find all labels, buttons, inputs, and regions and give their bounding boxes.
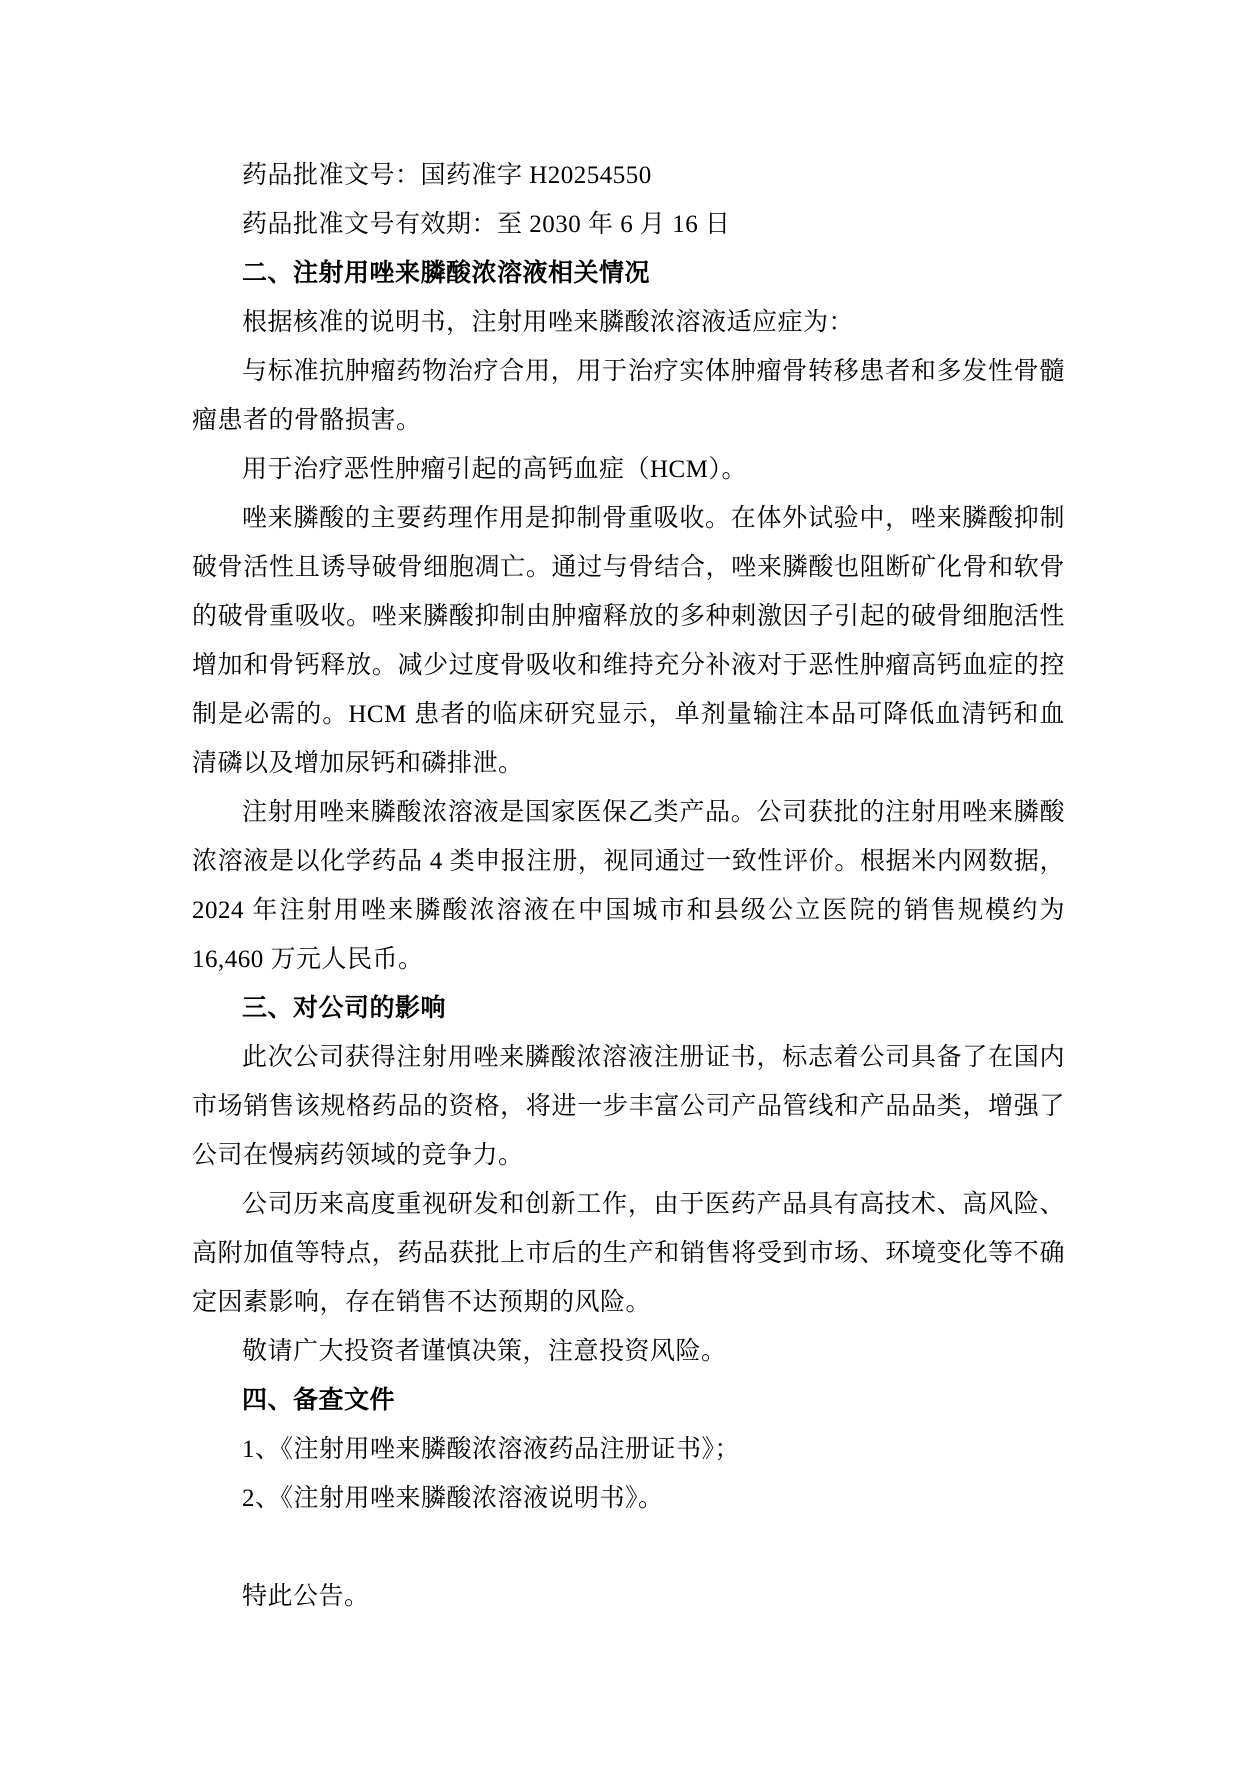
- paragraph: 根据核准的说明书，注射用唑来膦酸浓溶液适应症为：: [192, 298, 1065, 347]
- paragraph: 唑来膦酸的主要药理作用是抑制骨重吸收。在体外试验中，唑来膦酸抑制破骨活性且诱导破…: [192, 494, 1065, 788]
- paragraph: 注射用唑来膦酸浓溶液是国家医保乙类产品。公司获批的注射用唑来膦酸浓溶液是以化学药…: [192, 788, 1065, 984]
- blank-line: [192, 1523, 1065, 1572]
- paragraph: 公司历来高度重视研发和创新工作，由于医药产品具有高技术、高风险、高附加值等特点，…: [192, 1180, 1065, 1327]
- section-heading: 三、对公司的影响: [192, 984, 1065, 1033]
- paragraph: 与标准抗肿瘤药物治疗合用，用于治疗实体肿瘤骨转移患者和多发性骨髓瘤患者的骨骼损害…: [192, 347, 1065, 445]
- paragraph: 2、《注射用唑来膦酸浓溶液说明书》。: [192, 1474, 1065, 1523]
- paragraph: 敬请广大投资者谨慎决策，注意投资风险。: [192, 1327, 1065, 1376]
- paragraph: 药品批准文号：国药准字 H20254550: [192, 151, 1065, 200]
- paragraph: 特此公告。: [192, 1572, 1065, 1621]
- document-page: 药品批准文号：国药准字 H20254550药品批准文号有效期：至 2030 年 …: [0, 0, 1256, 1776]
- paragraph: 药品批准文号有效期：至 2030 年 6 月 16 日: [192, 200, 1065, 249]
- section-heading: 二、注射用唑来膦酸浓溶液相关情况: [192, 249, 1065, 298]
- paragraph: 1、《注射用唑来膦酸浓溶液药品注册证书》；: [192, 1425, 1065, 1474]
- paragraph: 此次公司获得注射用唑来膦酸浓溶液注册证书，标志着公司具备了在国内市场销售该规格药…: [192, 1033, 1065, 1180]
- document-body: 药品批准文号：国药准字 H20254550药品批准文号有效期：至 2030 年 …: [192, 151, 1065, 1621]
- section-heading: 四、备查文件: [192, 1376, 1065, 1425]
- paragraph: 用于治疗恶性肿瘤引起的高钙血症（HCM）。: [192, 445, 1065, 494]
